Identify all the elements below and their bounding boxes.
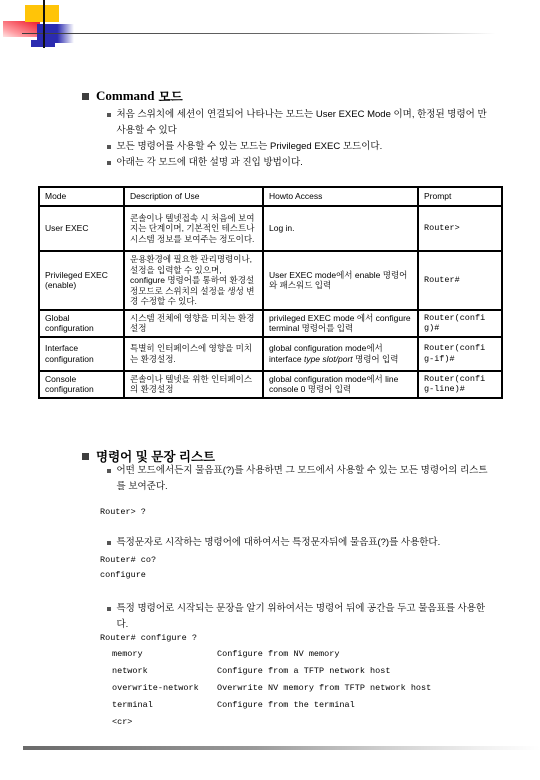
command-name: network [112, 663, 217, 680]
sub-bullet-icon [107, 113, 111, 117]
bullet-text: 처음 스위치에 세션이 연결되어 나타나는 모드는 User EXEC Mode… [117, 107, 488, 139]
cell-description: 특별히 인터페이스에 영향을 미치는 환경설정. [124, 337, 263, 371]
command-row: overwrite-network Overwrite NV memory fr… [112, 680, 431, 697]
cell-prompt: Router(config-if)# [418, 337, 502, 371]
list-item: 어떤 모드에서든지 물음표(?)를 사용하면 그 모드에서 사용할 수 있는 모… [107, 463, 491, 495]
command-desc: Overwrite NV memory from TFTP network ho… [217, 680, 431, 697]
code-router-question: Router> ? [100, 505, 146, 520]
slide: Command 모드 처음 스위치에 세션이 연결되어 나타나는 모드는 Use… [0, 0, 540, 780]
prompt-text: Router# [424, 275, 460, 286]
cell-mode: Interface configuration [39, 337, 124, 371]
section2-bullet2: 특정문자로 시작하는 명령어에 대하여서는 특정문자뒤에 물음표(?)를 사용한… [107, 535, 499, 551]
bottom-divider [23, 746, 540, 750]
section1-title-en: Command [96, 88, 155, 104]
command-row: network Configure from a TFTP network ho… [112, 663, 431, 680]
modes-table: Mode Description of Use Howto Access Pro… [38, 186, 503, 399]
top-divider [22, 33, 505, 34]
code-router-configure: Router# configure ? [100, 631, 197, 646]
col-header-prompt: Prompt [418, 187, 502, 206]
col-header-mode: Mode [39, 187, 124, 206]
command-row: memory Configure from NV memory [112, 646, 431, 663]
cell-mode: User EXEC [39, 206, 124, 251]
sub-bullet-icon [107, 469, 111, 473]
command-list: memory Configure from NV memory network … [112, 646, 431, 731]
bullet-text: 특정 명령어로 시작되는 문장을 알기 위하여서는 명령어 뒤에 공간을 두고 … [117, 601, 492, 633]
sub-bullet-icon [107, 541, 111, 545]
cell-mode: Privileged EXEC (enable) [39, 251, 124, 310]
cell-prompt: Router(config)# [418, 310, 502, 337]
command-row: <cr> [112, 714, 431, 731]
cell-description: 시스템 전체에 영향을 미치는 환경설정 [124, 310, 263, 337]
table-row: Global configuration 시스템 전체에 영향을 미치는 환경설… [39, 310, 502, 337]
command-name: memory [112, 646, 217, 663]
howto-suffix: 명령어 입력 [353, 354, 399, 364]
list-item: 모든 명령어를 사용할 수 있는 모드는 Privileged EXEC 모드이… [107, 139, 487, 155]
cell-description: 콘솔이나 텔넷접속 시 처음에 보여지는 단계이며, 기본적인 테스트나 시스템… [124, 206, 263, 251]
col-header-description: Description of Use [124, 187, 263, 206]
list-item: 아래는 각 모드에 대한 설명 과 진입 방법이다. [107, 155, 487, 171]
section2-bullet3: 특정 명령어로 시작되는 문장을 알기 위하여서는 명령어 뒤에 공간을 두고 … [107, 601, 491, 633]
logo-yellow-square-icon [25, 5, 59, 22]
bullet-text: 아래는 각 모드에 대한 설명 과 진입 방법이다. [117, 155, 303, 171]
table-row: Console configuration 콘솔이나 텔넷을 위한 인터페이스의… [39, 371, 502, 398]
section2-bullet1: 어떤 모드에서든지 물음표(?)를 사용하면 그 모드에서 사용할 수 있는 모… [107, 463, 491, 495]
command-row: terminal Configure from the terminal [112, 697, 431, 714]
logo-vertical-line [43, 0, 45, 48]
section1-title-ko: 모드 [159, 87, 183, 105]
sub-bullet-icon [107, 161, 111, 165]
list-item: 특정 명령어로 시작되는 문장을 알기 위하여서는 명령어 뒤에 공간을 두고 … [107, 601, 491, 633]
command-desc: Configure from the terminal [217, 697, 355, 714]
list-item: 처음 스위치에 세션이 연결되어 나타나는 모드는 User EXEC Mode… [107, 107, 487, 139]
table-row: Interface configuration 특별히 인터페이스에 영향을 미… [39, 337, 502, 371]
code-router-co: Router# co?configure [100, 553, 156, 583]
table-header-row: Mode Description of Use Howto Access Pro… [39, 187, 502, 206]
cell-howto: User EXEC mode에서 enable 명령어와 패스워드 입력 [263, 251, 418, 310]
prompt-text: Router(config)# [424, 313, 486, 334]
command-name: overwrite-network [112, 680, 217, 697]
cell-howto: global configuration mode에서 interface ty… [263, 337, 418, 371]
cell-prompt: Router(config-line)# [418, 371, 502, 398]
cell-description: 운용환경에 필요한 관리명령이나, 설정을 입력할 수 있으며, configu… [124, 251, 263, 310]
col-header-howto: Howto Access [263, 187, 418, 206]
cell-howto: global configuration mode에서 line console… [263, 371, 418, 398]
command-name: terminal [112, 697, 217, 714]
cell-description: 콘솔이나 텔넷을 위한 인터페이스의 환경설정 [124, 371, 263, 398]
table-row: User EXEC 콘솔이나 텔넷접속 시 처음에 보여지는 단계이며, 기본적… [39, 206, 502, 251]
code-line: Router# co? [100, 555, 156, 565]
command-desc: Configure from NV memory [217, 646, 339, 663]
cell-howto: privileged EXEC mode 에서 configure termin… [263, 310, 418, 337]
cell-prompt: Router# [418, 251, 502, 310]
command-desc: Configure from a TFTP network host [217, 663, 390, 680]
prompt-text: Router(config-line)# [424, 374, 486, 395]
prompt-text: Router> [424, 223, 460, 234]
bullet-text: 모든 명령어를 사용할 수 있는 모드는 Privileged EXEC 모드이… [117, 139, 383, 155]
cell-howto: Log in. [263, 206, 418, 251]
section1-title: Command 모드 [82, 87, 183, 105]
command-name: <cr> [112, 714, 217, 731]
cell-mode: Global configuration [39, 310, 124, 337]
bullet-text: 특정문자로 시작하는 명령어에 대하여서는 특정문자뒤에 물음표(?)를 사용한… [117, 535, 441, 551]
sub-bullet-icon [107, 145, 111, 149]
sub-bullet-icon [107, 607, 111, 611]
code-line: configure [100, 570, 146, 580]
list-item: 특정문자로 시작하는 명령어에 대하여서는 특정문자뒤에 물음표(?)를 사용한… [107, 535, 499, 551]
logo-red-square-icon [3, 21, 40, 37]
howto-italic: type slot/port [304, 354, 353, 364]
table-row: Privileged EXEC (enable) 운용환경에 필요한 관리명령이… [39, 251, 502, 310]
cell-mode: Console configuration [39, 371, 124, 398]
section-bullet-icon [82, 453, 89, 460]
bullet-text: 어떤 모드에서든지 물음표(?)를 사용하면 그 모드에서 사용할 수 있는 모… [117, 463, 492, 495]
section-bullet-icon [82, 93, 89, 100]
prompt-text: Router(config-if)# [424, 343, 486, 364]
section1-bullets: 처음 스위치에 세션이 연결되어 나타나는 모드는 User EXEC Mode… [107, 107, 487, 171]
cell-prompt: Router> [418, 206, 502, 251]
